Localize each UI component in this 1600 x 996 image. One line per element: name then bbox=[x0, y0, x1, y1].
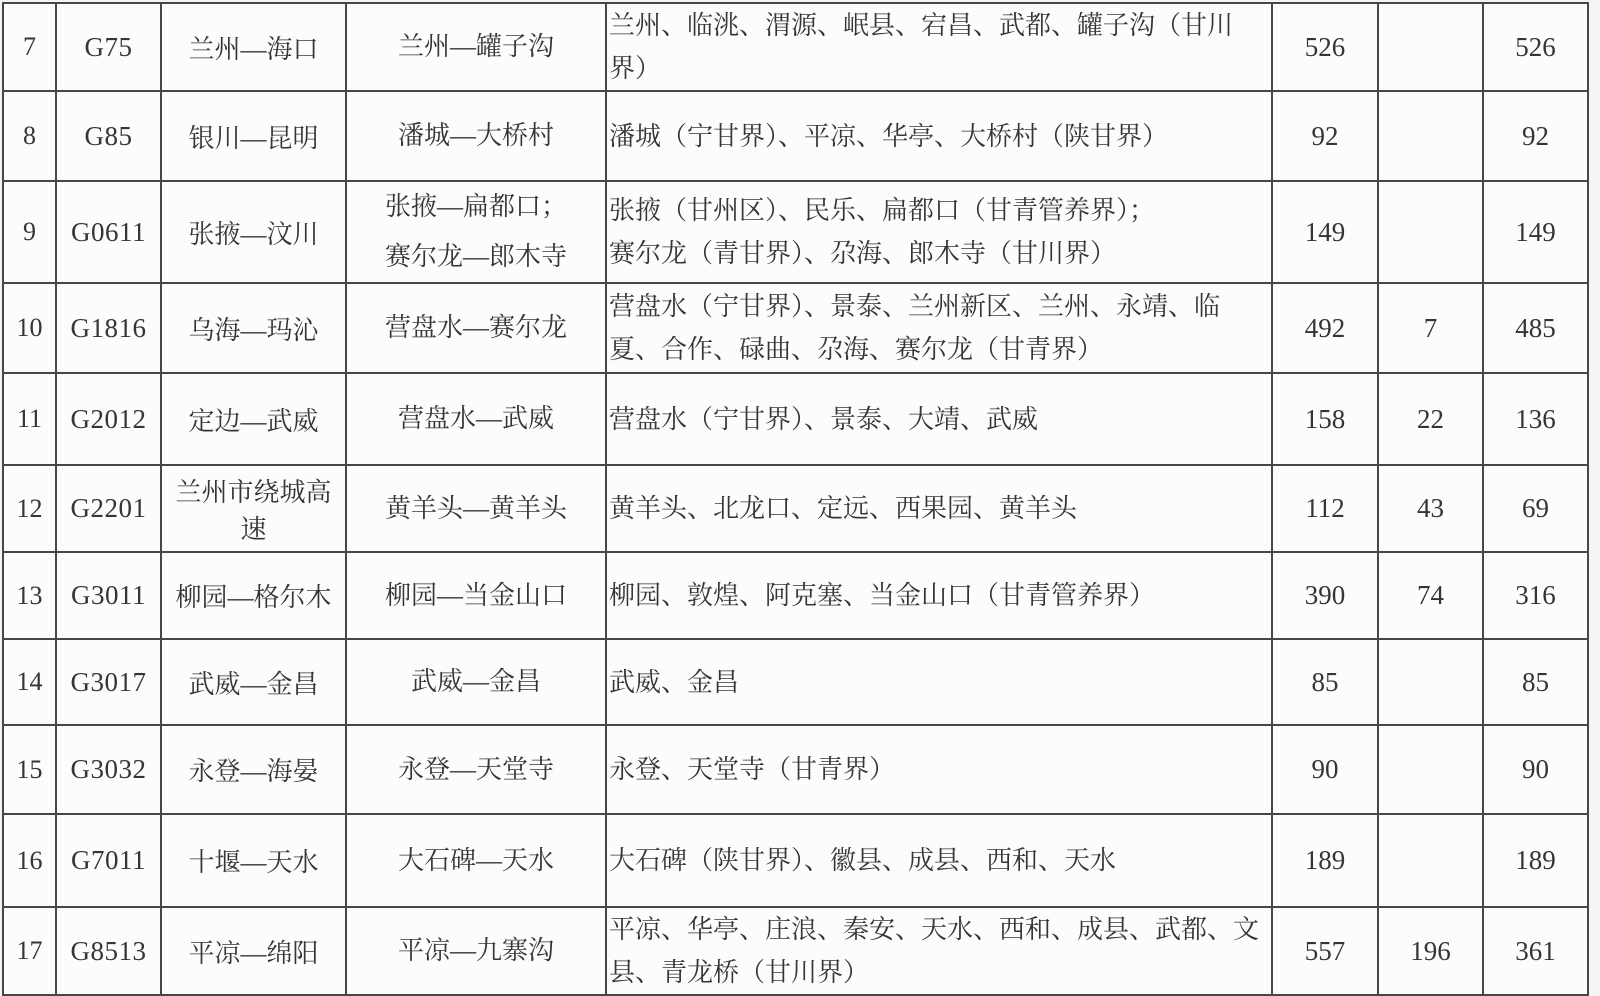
cell-mileage-3: 526 bbox=[1483, 3, 1588, 91]
table-row: 12 G2201 兰州市绕城高速 黄羊头—黄羊头 黄羊头、北龙口、定远、西果园、… bbox=[3, 465, 1588, 552]
cell-section: 武威—金昌 bbox=[346, 639, 606, 725]
cell-mileage-3: 85 bbox=[1483, 639, 1588, 725]
cell-route-points: 柳园、敦煌、阿克塞、当金山口（甘青管养界） bbox=[606, 552, 1272, 639]
cell-route-points: 潘城（宁甘界）、平凉、华亭、大桥村（陕甘界） bbox=[606, 91, 1272, 181]
cell-mileage-3: 485 bbox=[1483, 283, 1588, 373]
cell-route-points: 平凉、华亭、庄浪、秦安、天水、西和、成县、武都、文县、青龙桥（甘川界） bbox=[606, 907, 1272, 981]
cell-road-code: G2201 bbox=[56, 465, 161, 552]
cell-road-code: G3032 bbox=[56, 725, 161, 814]
cell-section: 张掖—扁都口； 赛尔龙—郎木寺 bbox=[346, 181, 606, 283]
cell-section: 平凉—九寨沟 bbox=[346, 907, 606, 981]
cell-mileage-1: 92 bbox=[1272, 91, 1378, 181]
cell-road-code: G1816 bbox=[56, 283, 161, 373]
table-row: 11 G2012 定边—武威 营盘水—武威 营盘水（宁甘界）、景泰、大靖、武威 … bbox=[3, 373, 1588, 465]
cell-row-number: 17 bbox=[3, 907, 56, 981]
table-row: 9 G0611 张掖—汶川 张掖—扁都口； 赛尔龙—郎木寺 张掖（甘州区）、民乐… bbox=[3, 181, 1588, 283]
cell-road-name: 永登—海晏 bbox=[161, 725, 346, 814]
cell-road-name: 乌海—玛沁 bbox=[161, 283, 346, 373]
cell-road-name: 兰州市绕城高速 bbox=[161, 465, 346, 552]
cell-row-number: 13 bbox=[3, 552, 56, 639]
cell-mileage-2 bbox=[1378, 814, 1483, 907]
cell-section: 营盘水—武威 bbox=[346, 373, 606, 465]
table-row: 10 G1816 乌海—玛沁 营盘水—赛尔龙 营盘水（宁甘界）、景泰、兰州新区、… bbox=[3, 283, 1588, 373]
cell-mileage-1: 90 bbox=[1272, 725, 1378, 814]
cell-route-points: 营盘水（宁甘界）、景泰、兰州新区、兰州、永靖、临夏、合作、碌曲、尕海、赛尔龙（甘… bbox=[606, 283, 1272, 373]
table-row: 7 G75 兰州—海口 兰州—罐子沟 兰州、临洮、渭源、岷县、宕昌、武都、罐子沟… bbox=[3, 3, 1588, 91]
cell-row-number: 8 bbox=[3, 91, 56, 181]
cell-mileage-3: 316 bbox=[1483, 552, 1588, 639]
table-row: 14 G3017 武威—金昌 武威—金昌 武威、金昌 85 85 bbox=[3, 639, 1588, 725]
cell-mileage-2: 22 bbox=[1378, 373, 1483, 465]
table-row: 8 G85 银川—昆明 潘城—大桥村 潘城（宁甘界）、平凉、华亭、大桥村（陕甘界… bbox=[3, 91, 1588, 181]
cell-route-points: 大石碑（陕甘界）、徽县、成县、西和、天水 bbox=[606, 814, 1272, 907]
table-row: 13 G3011 柳园—格尔木 柳园—当金山口 柳园、敦煌、阿克塞、当金山口（甘… bbox=[3, 552, 1588, 639]
cell-mileage-1: 526 bbox=[1272, 3, 1378, 91]
cell-mileage-3: 149 bbox=[1483, 181, 1588, 283]
cell-mileage-1: 189 bbox=[1272, 814, 1378, 907]
highway-table: 7 G75 兰州—海口 兰州—罐子沟 兰州、临洮、渭源、岷县、宕昌、武都、罐子沟… bbox=[2, 2, 1589, 981]
cell-route-points: 武威、金昌 bbox=[606, 639, 1272, 725]
cell-road-name: 十堰—天水 bbox=[161, 814, 346, 907]
cell-mileage-2 bbox=[1378, 181, 1483, 283]
cell-mileage-3: 69 bbox=[1483, 465, 1588, 552]
cell-road-code: G3011 bbox=[56, 552, 161, 639]
table-row: 17 G8513 平凉—绵阳 平凉—九寨沟 平凉、华亭、庄浪、秦安、天水、西和、… bbox=[3, 907, 1588, 981]
cell-mileage-1: 85 bbox=[1272, 639, 1378, 725]
cell-road-code: G75 bbox=[56, 3, 161, 91]
cell-road-name: 定边—武威 bbox=[161, 373, 346, 465]
table-row: 15 G3032 永登—海晏 永登—天堂寺 永登、天堂寺（甘青界） 90 90 bbox=[3, 725, 1588, 814]
cell-road-code: G3017 bbox=[56, 639, 161, 725]
cell-mileage-2: 7 bbox=[1378, 283, 1483, 373]
cell-road-code: G2012 bbox=[56, 373, 161, 465]
cell-section: 黄羊头—黄羊头 bbox=[346, 465, 606, 552]
cell-mileage-1: 390 bbox=[1272, 552, 1378, 639]
cell-road-name: 柳园—格尔木 bbox=[161, 552, 346, 639]
highway-table-page: 7 G75 兰州—海口 兰州—罐子沟 兰州、临洮、渭源、岷县、宕昌、武都、罐子沟… bbox=[2, 2, 1589, 981]
cell-mileage-3: 361 bbox=[1483, 907, 1588, 981]
cell-road-name: 平凉—绵阳 bbox=[161, 907, 346, 981]
cell-road-code: G7011 bbox=[56, 814, 161, 907]
cell-route-points: 兰州、临洮、渭源、岷县、宕昌、武都、罐子沟（甘川界） bbox=[606, 3, 1272, 91]
cell-section: 柳园—当金山口 bbox=[346, 552, 606, 639]
cell-mileage-3: 136 bbox=[1483, 373, 1588, 465]
cell-road-name: 兰州—海口 bbox=[161, 3, 346, 91]
cell-mileage-2 bbox=[1378, 3, 1483, 91]
cell-mileage-1: 492 bbox=[1272, 283, 1378, 373]
cell-road-code: G0611 bbox=[56, 181, 161, 283]
cell-road-code: G8513 bbox=[56, 907, 161, 981]
cell-mileage-1: 149 bbox=[1272, 181, 1378, 283]
table-row: 16 G7011 十堰—天水 大石碑—天水 大石碑（陕甘界）、徽县、成县、西和、… bbox=[3, 814, 1588, 907]
cell-road-name: 银川—昆明 bbox=[161, 91, 346, 181]
cell-row-number: 16 bbox=[3, 814, 56, 907]
cell-route-points: 永登、天堂寺（甘青界） bbox=[606, 725, 1272, 814]
cell-row-number: 15 bbox=[3, 725, 56, 814]
cell-row-number: 7 bbox=[3, 3, 56, 91]
cell-mileage-2: 43 bbox=[1378, 465, 1483, 552]
cell-road-code: G85 bbox=[56, 91, 161, 181]
cell-route-points: 营盘水（宁甘界）、景泰、大靖、武威 bbox=[606, 373, 1272, 465]
cell-route-points: 张掖（甘州区）、民乐、扁都口（甘青管养界）； 赛尔龙（青甘界）、尕海、郎木寺（甘… bbox=[606, 181, 1272, 283]
cell-row-number: 11 bbox=[3, 373, 56, 465]
cell-mileage-2 bbox=[1378, 639, 1483, 725]
cell-row-number: 10 bbox=[3, 283, 56, 373]
cell-mileage-1: 158 bbox=[1272, 373, 1378, 465]
cell-row-number: 14 bbox=[3, 639, 56, 725]
cell-mileage-1: 112 bbox=[1272, 465, 1378, 552]
cell-mileage-2 bbox=[1378, 725, 1483, 814]
cell-mileage-3: 92 bbox=[1483, 91, 1588, 181]
cell-section: 潘城—大桥村 bbox=[346, 91, 606, 181]
cell-road-name: 武威—金昌 bbox=[161, 639, 346, 725]
cell-mileage-2: 74 bbox=[1378, 552, 1483, 639]
cell-row-number: 12 bbox=[3, 465, 56, 552]
cell-section: 兰州—罐子沟 bbox=[346, 3, 606, 91]
cell-mileage-3: 90 bbox=[1483, 725, 1588, 814]
cell-section: 大石碑—天水 bbox=[346, 814, 606, 907]
cell-mileage-2: 196 bbox=[1378, 907, 1483, 981]
cell-road-name: 张掖—汶川 bbox=[161, 181, 346, 283]
cell-route-points: 黄羊头、北龙口、定远、西果园、黄羊头 bbox=[606, 465, 1272, 552]
cell-mileage-3: 189 bbox=[1483, 814, 1588, 907]
cell-mileage-2 bbox=[1378, 91, 1483, 181]
cell-section: 营盘水—赛尔龙 bbox=[346, 283, 606, 373]
cell-row-number: 9 bbox=[3, 181, 56, 283]
cell-mileage-1: 557 bbox=[1272, 907, 1378, 981]
cell-section: 永登—天堂寺 bbox=[346, 725, 606, 814]
